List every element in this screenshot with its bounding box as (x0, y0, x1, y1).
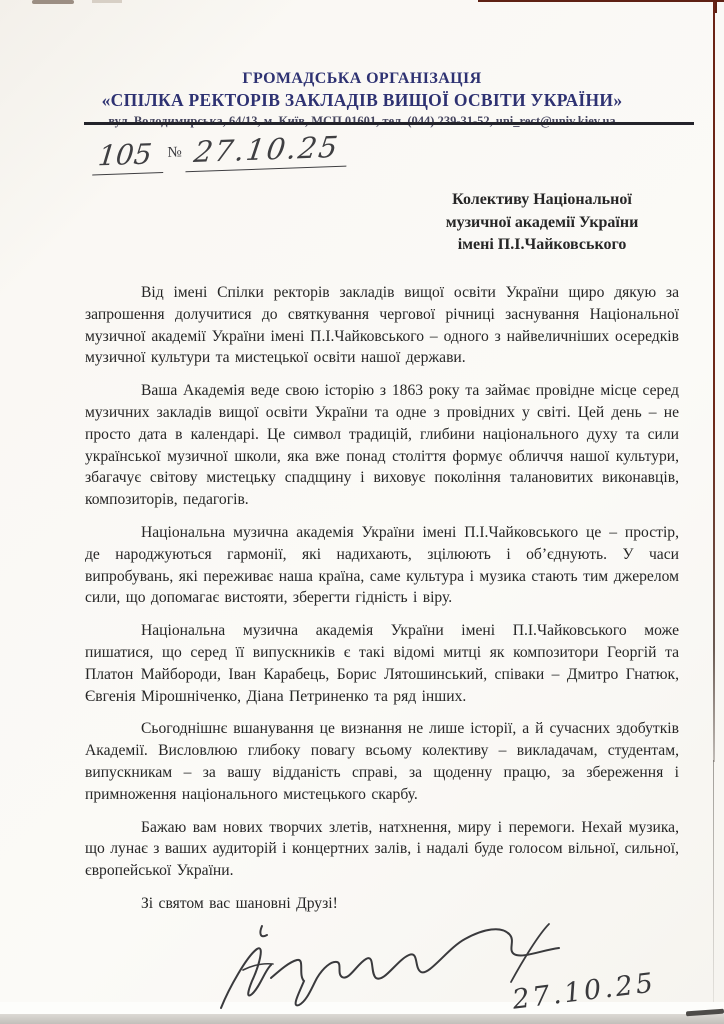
letterhead: ГРОМАДСЬКА ОРГАНІЗАЦІЯ «СПІЛКА РЕКТОРІВ … (0, 68, 724, 130)
scan-edge-right-fade (713, 760, 714, 1010)
letter-body: Від імені Спілки ректорів закладів вищої… (85, 282, 679, 926)
scan-edge-top (478, 0, 724, 2)
paragraph: Бажаю вам нових творчих злетів, натхненн… (85, 817, 679, 882)
number-sign: № (167, 144, 182, 160)
letterhead-divider (84, 122, 694, 125)
recipient-block: Колективу Національної музичної академії… (412, 189, 672, 257)
paragraph: Сьогоднішнє вшанування це визнання не ли… (85, 718, 679, 805)
organization-type: ГРОМАДСЬКА ОРГАНІЗАЦІЯ (0, 68, 724, 89)
closing-line: Зі святом вас шановні Друзі! (85, 893, 679, 915)
paragraph: Від імені Спілки ректорів закладів вищої… (85, 282, 679, 369)
scan-smudge (32, 0, 74, 4)
scanned-letter-page: ГРОМАДСЬКА ОРГАНІЗАЦІЯ «СПІЛКА РЕКТОРІВ … (0, 0, 724, 1024)
reference-line: 105№27.10.25 (93, 130, 349, 176)
paragraph: Національна музична академія України іме… (85, 522, 679, 609)
recipient-line: музичної академії України (412, 212, 672, 235)
recipient-line: Колективу Національної (412, 189, 672, 212)
paragraph: Ваша Академія веде свою історію з 1863 р… (85, 380, 679, 511)
reference-date-handwritten: 27.10.25 (185, 129, 351, 172)
organization-name: «СПІЛКА РЕКТОРІВ ЗАКЛАДІВ ВИЩОЇ ОСВІТИ У… (0, 89, 724, 112)
paragraph: Національна музична академія України іме… (85, 620, 679, 707)
scan-smudge (92, 0, 122, 3)
recipient-line: імені П.І.Чайковського (412, 234, 672, 257)
outgoing-number-handwritten: 105 (92, 137, 167, 176)
